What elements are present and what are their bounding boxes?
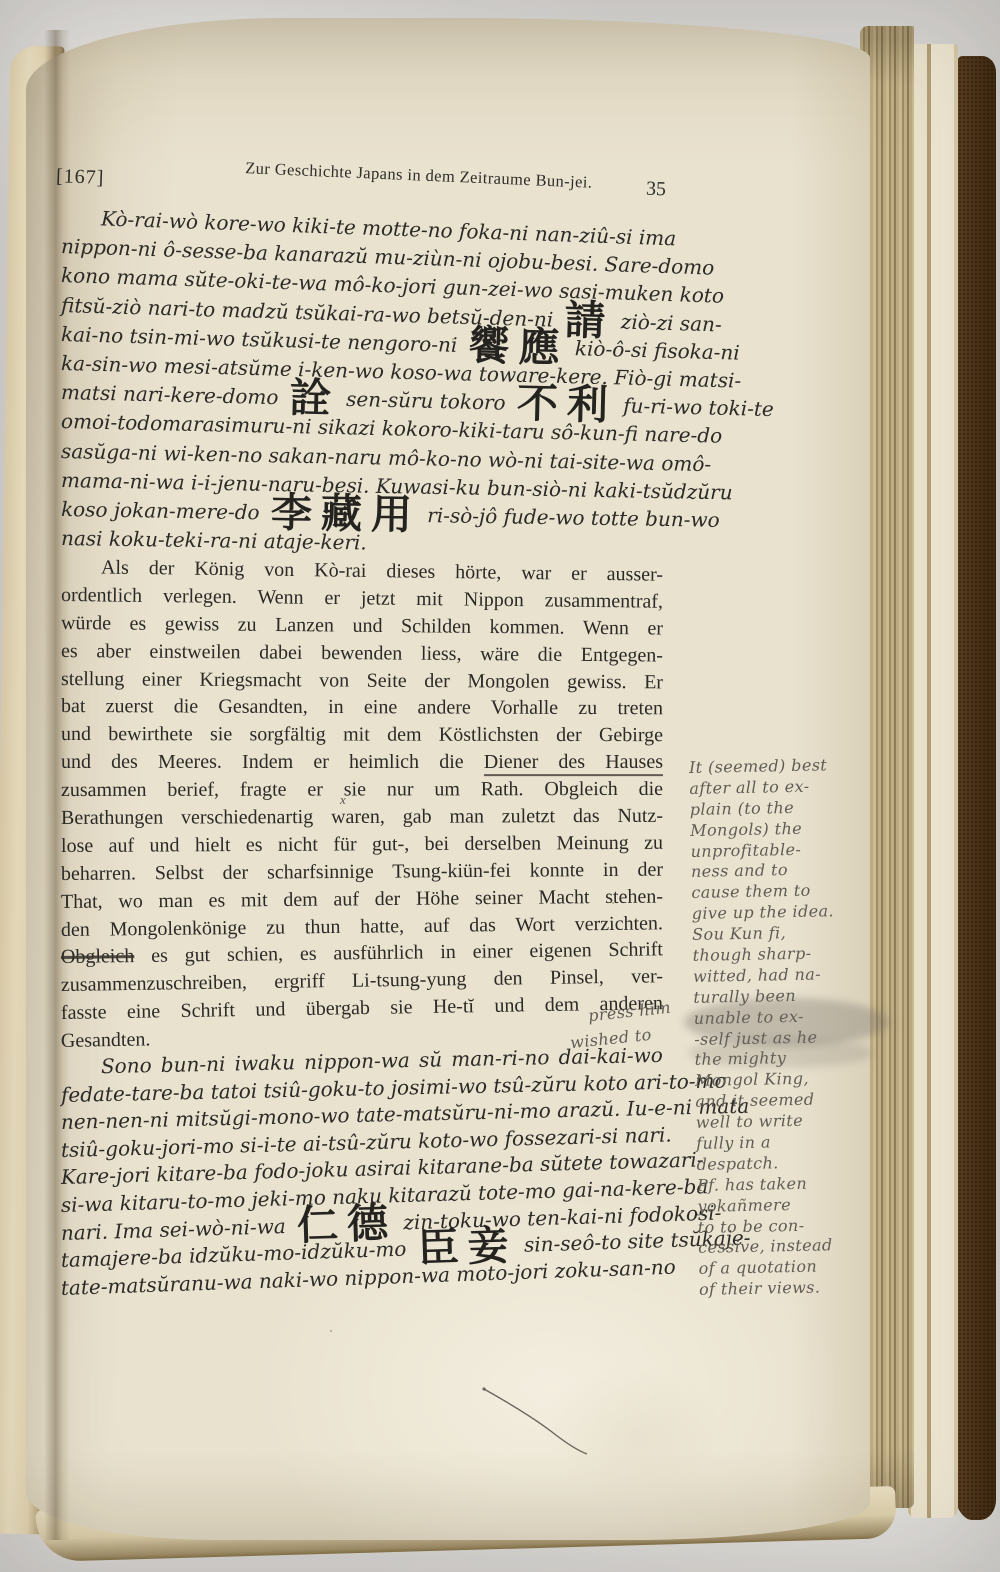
paragraph-german: Als der König von Kò-rai dieses hörte, w… bbox=[61, 556, 663, 1058]
text-line: und bewirthete sie sorgfältig mit dem Kö… bbox=[61, 723, 663, 752]
text-line: bat zuerst die Gesandten, in eine andere… bbox=[61, 695, 663, 725]
handwritten-strikethrough: Obgleich bbox=[61, 946, 135, 969]
handwritten-underline: Diener des Hauses bbox=[484, 751, 663, 776]
foxing-speck bbox=[330, 1330, 332, 1332]
page-number: 35 bbox=[646, 178, 667, 202]
paragraph-japanese-2: Sono bun-ni iwaku nippon-wa sŭ man-ri-no… bbox=[61, 1056, 663, 1304]
handwritten-margin-note: It (seemed) bestafter all to ex-plain (t… bbox=[689, 754, 899, 1301]
text-line: lose auf und hielt es nicht für gut-, be… bbox=[61, 832, 663, 863]
margin-note-line: of their views. bbox=[699, 1276, 899, 1301]
folio-number: [167] bbox=[56, 165, 105, 190]
book-photo: [167] Zur Geschichte Japans in dem Zeitr… bbox=[0, 0, 1000, 1572]
paragraph-japanese-1: Kò-rai-wò kore-wo kiki-te motte-no foka-… bbox=[61, 206, 663, 556]
text-line: es aber einstweilen dabei bewenden liess… bbox=[61, 640, 663, 672]
text-line: stellung einer Kriegsmacht von Seite der… bbox=[61, 668, 663, 699]
outer-page-edges bbox=[908, 44, 958, 1518]
text-line: Berathungen verschiedenartig waren, gab … bbox=[61, 805, 663, 835]
handwritten-insertion-mark: x bbox=[340, 792, 346, 808]
text-line: zusammen berief, fragte er sie nur um Ra… bbox=[61, 778, 663, 807]
text-line: und des Meeres. Indem er heimlich die Di… bbox=[61, 751, 663, 779]
